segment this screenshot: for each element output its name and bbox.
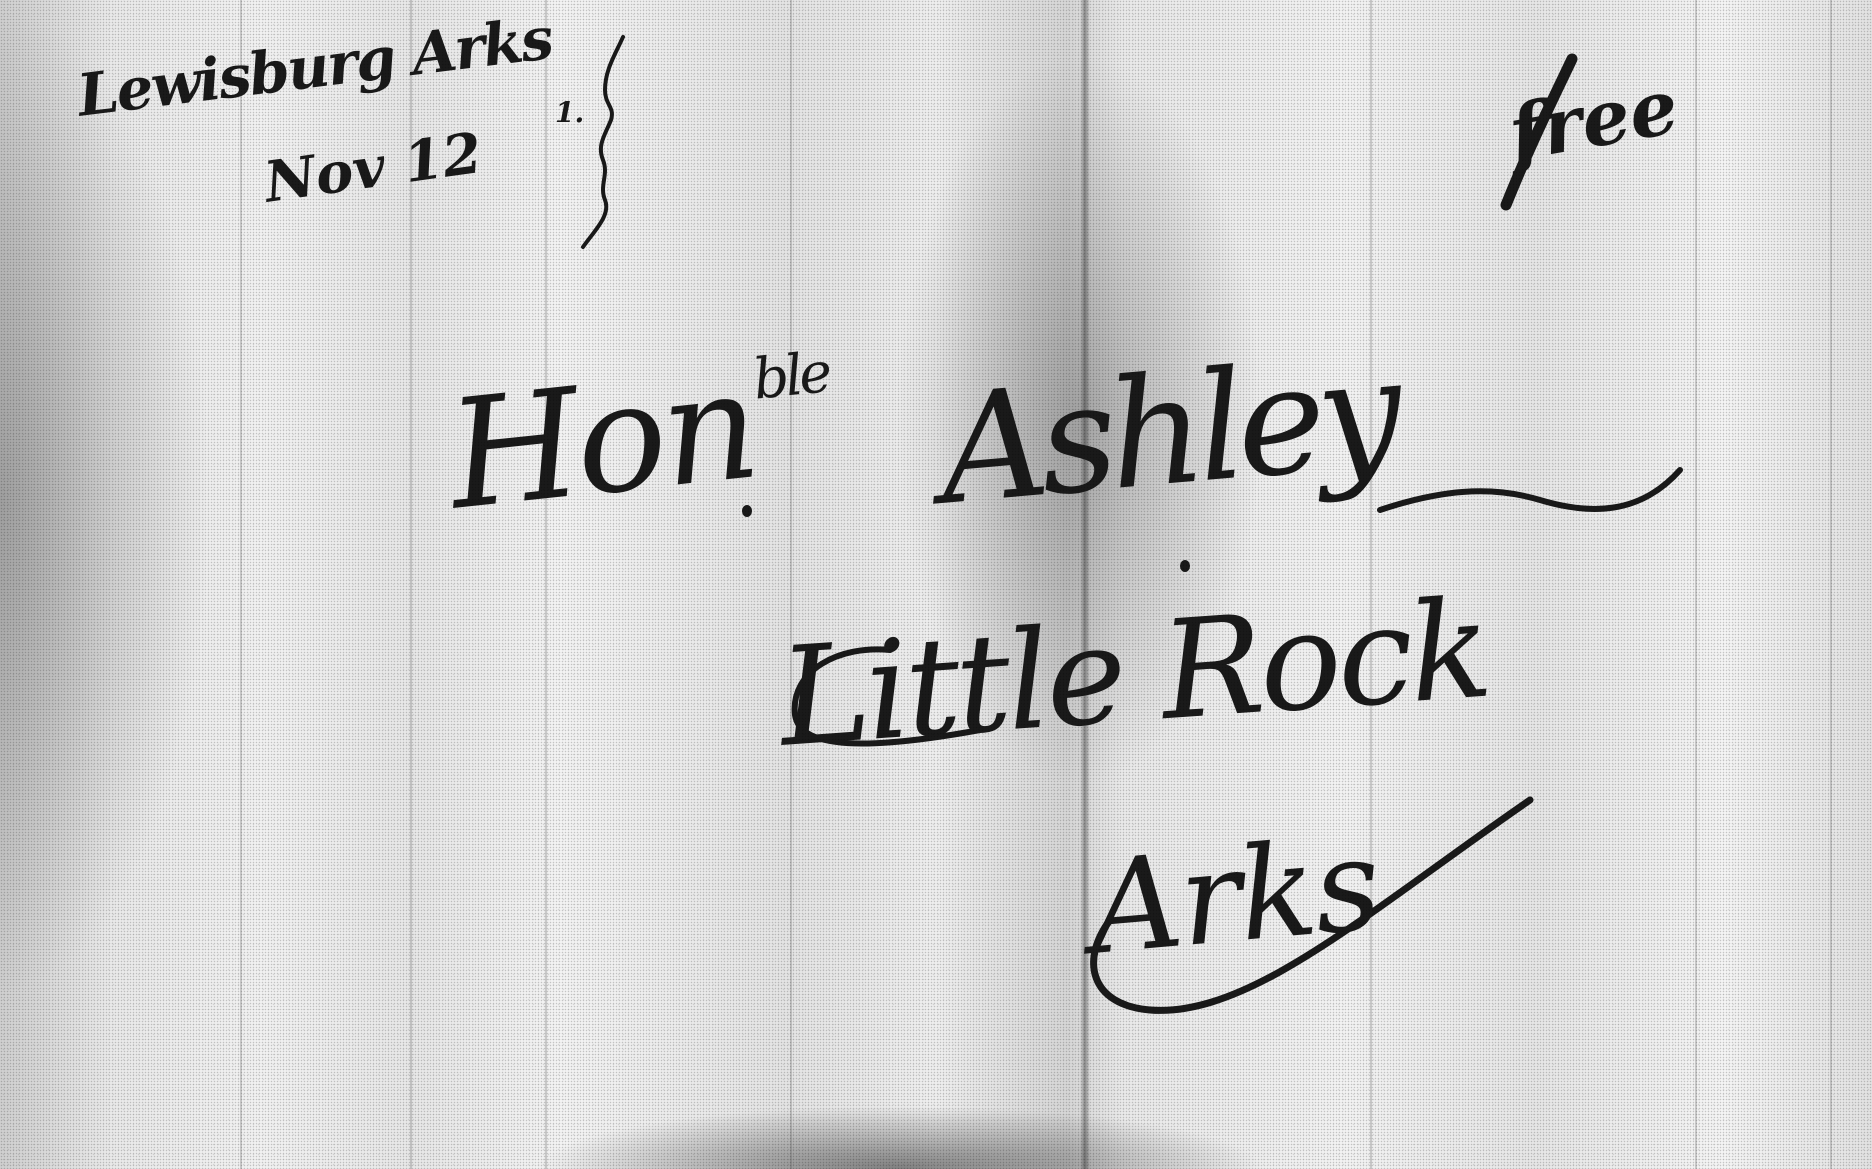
ink-dot	[1180, 560, 1190, 572]
state-flourish-icon	[1070, 790, 1550, 1030]
address-honorific: Honble	[441, 330, 842, 543]
name-flourish-icon	[1380, 430, 1700, 550]
postmark-place: Lewisburg Arks	[74, 4, 555, 130]
address-honorific-suffix: ble	[750, 340, 831, 412]
address-honorific-text: Hon	[441, 339, 763, 544]
city-flourish-icon	[780, 640, 1000, 760]
letter-cover: Lewisburg Arks Nov 12 1. free Honble Ash…	[0, 0, 1872, 1169]
postmark-date: Nov 12	[260, 120, 486, 216]
paper-fold-line	[240, 0, 242, 1169]
paper-fold-line	[545, 0, 547, 1169]
paper-fold-line	[1830, 0, 1832, 1169]
postmark-bracket-icon	[575, 35, 635, 255]
franking-stroke-icon	[1500, 55, 1580, 215]
paper-fold-line	[790, 0, 792, 1169]
abbreviation-dot	[742, 505, 752, 517]
paper-fold-line	[1695, 0, 1697, 1169]
address-name: Ashley	[932, 326, 1401, 539]
